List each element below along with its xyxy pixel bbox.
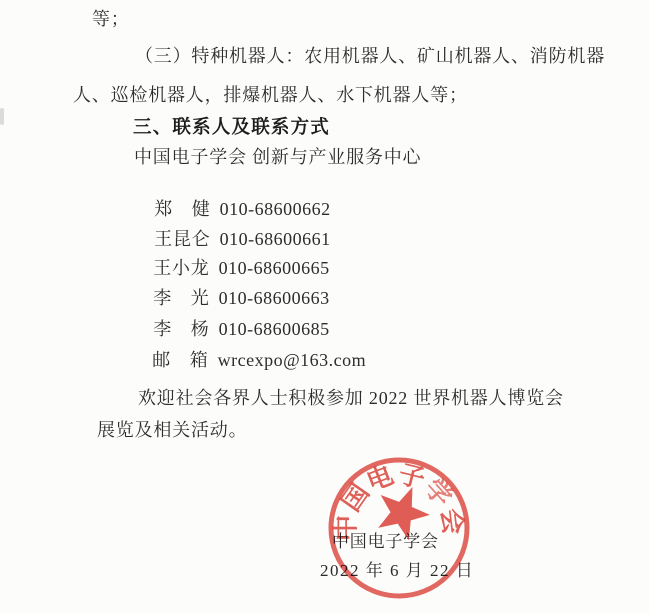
closing-line1: 欢迎社会各界人士积极参加 2022 世界机器人博览会 bbox=[138, 387, 564, 409]
paragraph-trailing-fragment: 等； bbox=[92, 8, 130, 30]
organization-line: 中国电子学会 创新与产业服务中心 bbox=[134, 146, 421, 168]
special-robots-line2: 人、巡检机器人，排爆机器人、水下机器人等； bbox=[73, 84, 468, 106]
contact-section-heading: 三、联系人及联系方式 bbox=[133, 116, 330, 138]
contact-row: 邮 箱wrcexpo@163.com bbox=[131, 327, 366, 393]
official-seal: 中 国 电 子 学 会 bbox=[326, 456, 476, 606]
special-robots-line1: （三）特种机器人：农用机器人、矿山机器人、消防机器 bbox=[135, 45, 605, 67]
scan-artifact bbox=[0, 108, 4, 125]
seal-char: 会 bbox=[436, 507, 468, 536]
document-page: 等； （三）特种机器人：农用机器人、矿山机器人、消防机器 人、巡检机器人，排爆机… bbox=[0, 0, 649, 614]
seal-char: 中 bbox=[332, 515, 361, 541]
seal-char: 学 bbox=[419, 473, 458, 512]
contact-phone: wrcexpo@163.com bbox=[218, 350, 367, 370]
contact-name: 邮 箱 bbox=[152, 350, 208, 370]
closing-line2: 展览及相关活动。 bbox=[97, 419, 247, 441]
